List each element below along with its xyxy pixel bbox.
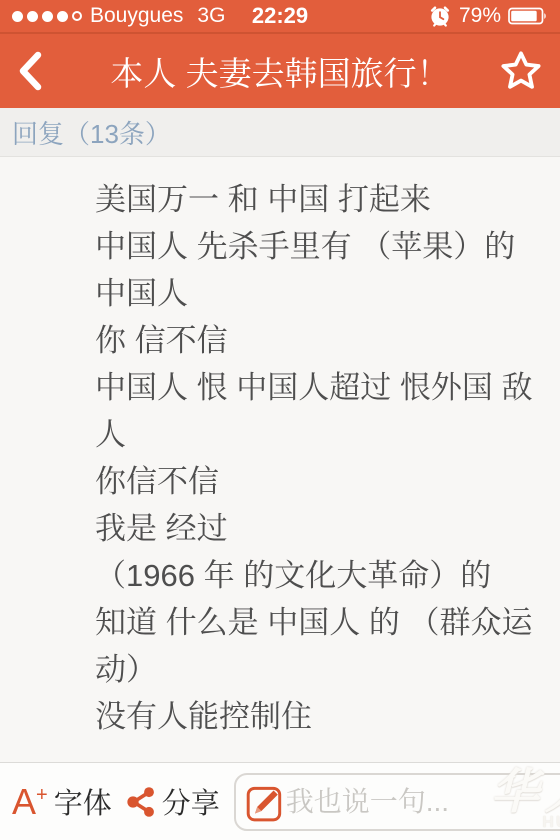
page-title: 本人 夫妻去韩国旅行！ [70, 48, 490, 95]
share-button[interactable]: 分享 [126, 781, 220, 822]
comment-input[interactable] [286, 786, 560, 818]
font-size-label: 字体 [54, 781, 112, 822]
reply-count-label[interactable]: 回复（13条） [12, 114, 171, 151]
content-line: 你 信不信 [95, 317, 542, 364]
back-chevron-icon [16, 50, 44, 92]
content-line: （1966 年 的文化大革命）的 [95, 552, 542, 599]
content-line: 人 [95, 411, 542, 458]
reply-count-bar: 回复（13条） [0, 108, 560, 157]
content-line: 动） [95, 646, 542, 693]
network-type-label: 3G [197, 4, 225, 28]
favorite-button[interactable] [498, 49, 544, 93]
battery-icon [508, 6, 548, 26]
content-line: 中国人 恨 中国人超过 恨外国 敌 [95, 364, 542, 411]
cell-signal-icon [12, 11, 82, 22]
content-line: 中国人 [95, 270, 542, 317]
bottom-toolbar: A+ 字体 分享 华人街 HUARENJIE [0, 762, 560, 840]
content-line: 美国万一 和 中国 打起来 [95, 176, 542, 223]
content-line: 你信不信 [95, 458, 542, 505]
back-button[interactable] [16, 50, 44, 92]
carrier-label: Bouygues [90, 4, 183, 28]
status-bar: Bouygues 3G 22:29 79% [0, 0, 560, 34]
share-icon [126, 786, 156, 818]
share-label: 分享 [162, 781, 220, 822]
nav-bar: 本人 夫妻去韩国旅行！ [0, 34, 560, 108]
compose-pencil-icon [244, 781, 286, 823]
font-size-icon: A+ [12, 784, 48, 820]
content-line: 中国人 先杀手里有 （苹果）的 [95, 223, 542, 270]
comment-input-box[interactable]: 华人街 HUARENJIE [234, 773, 560, 831]
content-line: 没有人能控制住 [95, 693, 542, 740]
alarm-clock-icon [428, 4, 452, 28]
content-line: 我是 经过 [95, 505, 542, 552]
content-line: 知道 什么是 中国人 的 （群众运 [95, 599, 542, 646]
battery-percent-label: 79% [459, 4, 501, 28]
post-content: 美国万一 和 中国 打起来中国人 先杀手里有 （苹果）的中国人你 信不信中国人 … [0, 157, 560, 762]
star-icon [498, 49, 544, 93]
font-size-button[interactable]: A+ 字体 [12, 781, 112, 822]
